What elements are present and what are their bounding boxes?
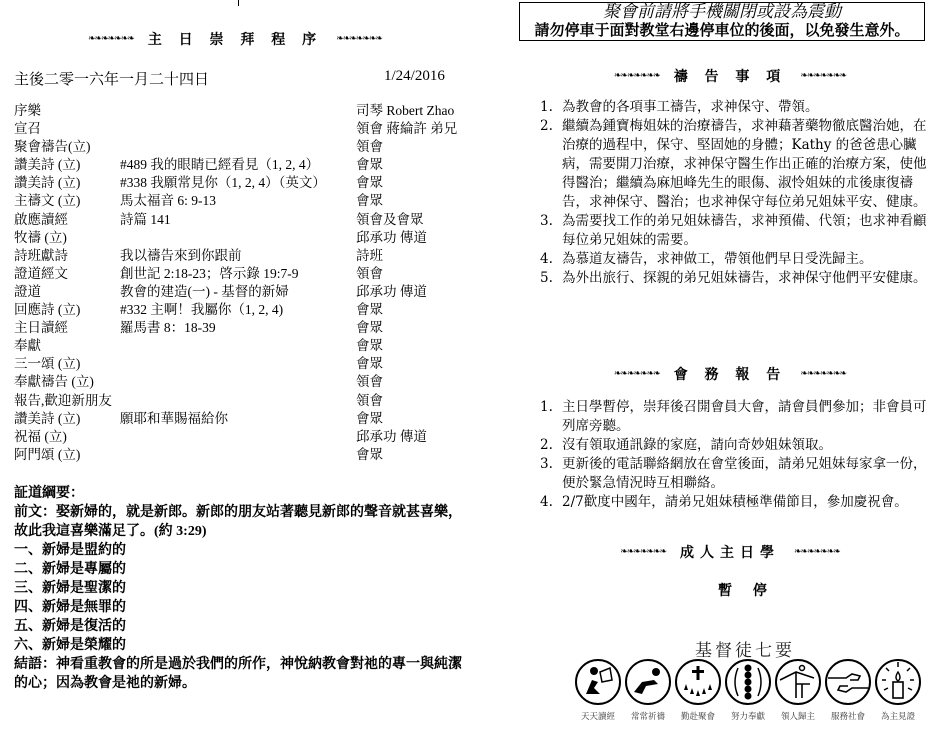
essential-item: 領人歸主 bbox=[774, 658, 822, 722]
service-row: 祝福 (立)邱承功 傳道 bbox=[14, 428, 464, 446]
service-item: 序樂 bbox=[14, 102, 41, 120]
ornament-left: ❧❧❧❧❧❧❧ bbox=[88, 34, 134, 44]
adult-school-title: ❧❧❧❧❧❧❧ 成人主日學 ❧❧❧❧❧❧❧ bbox=[560, 542, 900, 562]
service-row: 宣召領會 蔣綸許 弟兄 bbox=[14, 120, 464, 138]
service-row: 奉獻禱告 (立)領會 bbox=[14, 373, 464, 391]
service-leader: 詩班 bbox=[356, 247, 383, 265]
ornament-left: ❧❧❧❧❧❧❧ bbox=[614, 71, 660, 81]
service-leader: 領會 蔣綸許 弟兄 bbox=[356, 120, 457, 138]
service-content: 願耶和華賜福給你 bbox=[120, 410, 228, 428]
service-item: 奉獻禱告 (立) bbox=[14, 373, 94, 391]
essential-item: 勤赴聚會 bbox=[674, 658, 722, 722]
essential-item: 服務社會 bbox=[824, 658, 872, 722]
service-leader: 邱承功 傳道 bbox=[356, 428, 427, 446]
seven-essentials: 天天讀經 常常祈禱 勤赴聚會 努力奉獻 領人歸主 服務社會 為主見證 bbox=[574, 658, 922, 722]
service-content: #338 我願常見你（1, 2, 4）（英文） bbox=[120, 174, 326, 192]
service-content: 羅馬書 8：18-39 bbox=[120, 319, 216, 337]
phone-notice: 聚會前請將手機關閉或設為震動 bbox=[520, 4, 924, 21]
ornament-left: ❧❧❧❧❧❧❧ bbox=[614, 369, 660, 379]
service-item: 回應詩 (立) bbox=[14, 301, 80, 319]
service-row: 序樂司琴 Robert Zhao bbox=[14, 102, 464, 120]
kneeling-prayer-icon bbox=[624, 658, 672, 706]
service-content: 詩篇 141 bbox=[120, 211, 171, 229]
service-item: 三一頌 (立) bbox=[14, 355, 80, 373]
essential-item: 天天讀經 bbox=[574, 658, 622, 722]
service-row: 詩班獻詩我以禱告來到你跟前詩班 bbox=[14, 247, 464, 265]
news-item: 4.2/7歡度中國年，請弟兄姐妹積極準備節目，參加慶祝會。 bbox=[540, 493, 930, 512]
fold-mark bbox=[238, 0, 239, 6]
prayer-title: ❧❧❧❧❧❧❧ 禱 告 事 項 ❧❧❧❧❧❧❧ bbox=[540, 66, 920, 86]
service-row: 讚美詩 (立)#489 我的眼睛已經看見（1, 2, 4）會眾 bbox=[14, 156, 464, 174]
service-item: 奉獻 bbox=[14, 337, 41, 355]
candle-witness-icon bbox=[874, 658, 922, 706]
prayer-item: 2.繼續為鍾寶梅姐妹的治療禱告，求神藉著藥物徹底醫治她，在治療的過程中，保守、堅… bbox=[540, 117, 930, 212]
service-leader: 領會 bbox=[356, 138, 383, 156]
service-leader: 會眾 bbox=[356, 156, 383, 174]
service-content: 馬太福音 6: 9-13 bbox=[120, 192, 216, 210]
ornament-right: ❧❧❧❧❧❧❧ bbox=[800, 71, 846, 81]
service-content: 創世記 2:18-23；啓示錄 19:7-9 bbox=[120, 265, 299, 283]
service-leader: 領會 bbox=[356, 265, 383, 283]
service-item: 聚會禱告(立) bbox=[14, 138, 91, 156]
notice-box: 聚會前請將手機關閉或設為震動 請勿停車于面對教堂右邊停車位的後面，以免發生意外。 bbox=[519, 2, 925, 41]
service-item: 牧禱 (立) bbox=[14, 229, 67, 247]
ornament-right: ❧❧❧❧❧❧❧ bbox=[336, 34, 382, 44]
service-content: #489 我的眼睛已經看見（1, 2, 4） bbox=[120, 156, 319, 174]
service-item: 祝福 (立) bbox=[14, 428, 67, 446]
church-news-title: ❧❧❧❧❧❧❧ 會 務 報 告 ❧❧❧❧❧❧❧ bbox=[540, 364, 920, 384]
ornament-left: ❧❧❧❧❧❧❧ bbox=[620, 547, 666, 557]
outline-point: 二、新婦是專屬的 bbox=[14, 560, 464, 579]
prayer-heading: 禱 告 事 項 bbox=[674, 66, 787, 86]
church-news-heading: 會 務 報 告 bbox=[674, 364, 787, 384]
service-item: 讚美詩 (立) bbox=[14, 410, 80, 428]
service-item: 主日讀經 bbox=[14, 319, 68, 337]
service-leader: 會眾 bbox=[356, 319, 383, 337]
news-item: 3.更新後的電話聯絡網放在會堂後面，請弟兄姐妹每家拿一份，便於緊急情況時互相聯絡… bbox=[540, 455, 930, 493]
essential-item: 為主見證 bbox=[874, 658, 922, 722]
service-item: 啟應讀經 bbox=[14, 211, 68, 229]
reading-bible-icon bbox=[574, 658, 622, 706]
service-leader: 會眾 bbox=[356, 446, 383, 464]
outline-point: 三、新婦是聖潔的 bbox=[14, 579, 464, 598]
service-leader: 邱承功 傳道 bbox=[356, 283, 427, 301]
service-row: 報告,歡迎新朋友領會 bbox=[14, 392, 464, 410]
service-item: 詩班獻詩 bbox=[14, 247, 68, 265]
parking-notice: 請勿停車于面對教堂右邊停車位的後面，以免發生意外。 bbox=[520, 21, 924, 40]
service-row: 證道經文創世記 2:18-23；啓示錄 19:7-9領會 bbox=[14, 265, 464, 283]
service-row: 聚會禱告(立)領會 bbox=[14, 138, 464, 156]
fish-offering-icon bbox=[724, 658, 772, 706]
news-item: 2.沒有領取通訊錄的家庭，請向奇妙姐妹領取。 bbox=[540, 436, 930, 455]
service-item: 讚美詩 (立) bbox=[14, 156, 80, 174]
worship-order-title: ❧❧❧❧❧❧❧ 主 日 崇 拜 程 序 ❧❧❧❧❧❧❧ bbox=[60, 29, 410, 49]
news-item: 1.主日學暫停，崇拜後召開會員大會，請會員們參加；非會員可列席旁聽。 bbox=[540, 398, 930, 436]
prayer-item: 1.為教會的各項事工禱告，求神保守、帶領。 bbox=[540, 98, 930, 117]
order-of-service: 序樂司琴 Robert Zhao宣召領會 蔣綸許 弟兄聚會禱告(立)領會讚美詩 … bbox=[14, 102, 464, 464]
service-leader: 會眾 bbox=[356, 410, 383, 428]
service-leader: 會眾 bbox=[356, 337, 383, 355]
essential-item: 努力奉獻 bbox=[724, 658, 772, 722]
service-row: 阿門頌 (立)會眾 bbox=[14, 446, 464, 464]
church-news-list: 1.主日學暫停，崇拜後召開會員大會，請會員們參加；非會員可列席旁聽。 2.沒有領… bbox=[540, 398, 930, 512]
service-row: 牧禱 (立)邱承功 傳道 bbox=[14, 229, 464, 247]
service-row: 啟應讀經詩篇 141領會及會眾 bbox=[14, 211, 464, 229]
sermon-outline: 証道綱要： 前文：娶新婦的，就是新郎。新郎的朋友站著聽見新郎的聲音就甚喜樂，故此… bbox=[14, 484, 464, 693]
congregation-cross-icon bbox=[674, 658, 722, 706]
service-leader: 邱承功 傳道 bbox=[356, 229, 427, 247]
service-leader: 會眾 bbox=[356, 301, 383, 319]
section-title: 主 日 崇 拜 程 序 bbox=[148, 29, 322, 49]
service-content: #332 主啊！我屬你（1, 2, 4) bbox=[120, 301, 283, 319]
service-row: 回應詩 (立)#332 主啊！我屬你（1, 2, 4)會眾 bbox=[14, 301, 464, 319]
date-chinese: 主後二零一六年一月二十四日 bbox=[14, 72, 209, 88]
ornament-right: ❧❧❧❧❧❧❧ bbox=[794, 547, 840, 557]
outline-point: 六、新婦是榮耀的 bbox=[14, 636, 464, 655]
outline-conclusion: 結語：神看重教會的所是過於我們的所作，神悅納教會對祂的專一與純潔的心；因為教會是… bbox=[14, 655, 464, 693]
service-leader: 領會 bbox=[356, 373, 383, 391]
service-leader: 領會及會眾 bbox=[356, 211, 424, 229]
service-row: 讚美詩 (立)#338 我願常見你（1, 2, 4）（英文）會眾 bbox=[14, 174, 464, 192]
leading-people-icon bbox=[774, 658, 822, 706]
prayer-item: 4.為慕道友禱告，求神做工，帶領他們早日受洗歸主。 bbox=[540, 250, 930, 269]
service-leader: 司琴 Robert Zhao bbox=[356, 102, 454, 120]
helping-hands-icon bbox=[824, 658, 872, 706]
service-item: 證道經文 bbox=[14, 265, 68, 283]
service-item: 證道 bbox=[14, 283, 41, 301]
adult-school-status: 暫 停 bbox=[718, 580, 775, 600]
service-item: 宣召 bbox=[14, 120, 41, 138]
prayer-list: 1.為教會的各項事工禱告，求神保守、帶領。 2.繼續為鍾寶梅姐妹的治療禱告，求神… bbox=[540, 98, 930, 288]
outline-point: 五、新婦是復活的 bbox=[14, 617, 464, 636]
ornament-right: ❧❧❧❧❧❧❧ bbox=[800, 369, 846, 379]
prayer-item: 5.為外出旅行、探親的弟兄姐妹禱告，求神保守他們平安健康。 bbox=[540, 269, 930, 288]
outline-intro: 前文：娶新婦的，就是新郎。新郎的朋友站著聽見新郎的聲音就甚喜樂，故此我這喜樂滿足… bbox=[14, 503, 464, 541]
service-content: 我以禱告來到你跟前 bbox=[120, 247, 242, 265]
adult-school-heading: 成人主日學 bbox=[680, 542, 780, 562]
prayer-item: 3.為需要找工作的弟兄姐妹禱告，求神預備、代領；也求神看顧每位弟兄姐妹的需要。 bbox=[540, 212, 930, 250]
service-row: 證道教會的建造(一) - 基督的新婦邱承功 傳道 bbox=[14, 283, 464, 301]
service-leader: 會眾 bbox=[356, 192, 383, 210]
service-item: 主禱文 (立) bbox=[14, 192, 80, 210]
service-row: 奉獻會眾 bbox=[14, 337, 464, 355]
service-item: 報告,歡迎新朋友 bbox=[14, 392, 112, 410]
service-date: 主後二零一六年一月二十四日 1/24/2016 bbox=[14, 68, 444, 89]
service-row: 主禱文 (立)馬太福音 6: 9-13會眾 bbox=[14, 192, 464, 210]
service-leader: 領會 bbox=[356, 392, 383, 410]
outline-point: 一、新婦是盟約的 bbox=[14, 541, 464, 560]
service-item: 讚美詩 (立) bbox=[14, 174, 80, 192]
outline-heading: 証道綱要： bbox=[14, 484, 464, 503]
essential-item: 常常祈禱 bbox=[624, 658, 672, 722]
service-leader: 會眾 bbox=[356, 355, 383, 373]
service-leader: 會眾 bbox=[356, 174, 383, 192]
date-numeric: 1/24/2016 bbox=[384, 68, 445, 85]
outline-point: 四、新婦是無罪的 bbox=[14, 598, 464, 617]
service-item: 阿門頌 (立) bbox=[14, 446, 80, 464]
service-content: 教會的建造(一) - 基督的新婦 bbox=[120, 283, 289, 301]
service-row: 讚美詩 (立)願耶和華賜福給你會眾 bbox=[14, 410, 464, 428]
service-row: 三一頌 (立)會眾 bbox=[14, 355, 464, 373]
service-row: 主日讀經羅馬書 8：18-39會眾 bbox=[14, 319, 464, 337]
